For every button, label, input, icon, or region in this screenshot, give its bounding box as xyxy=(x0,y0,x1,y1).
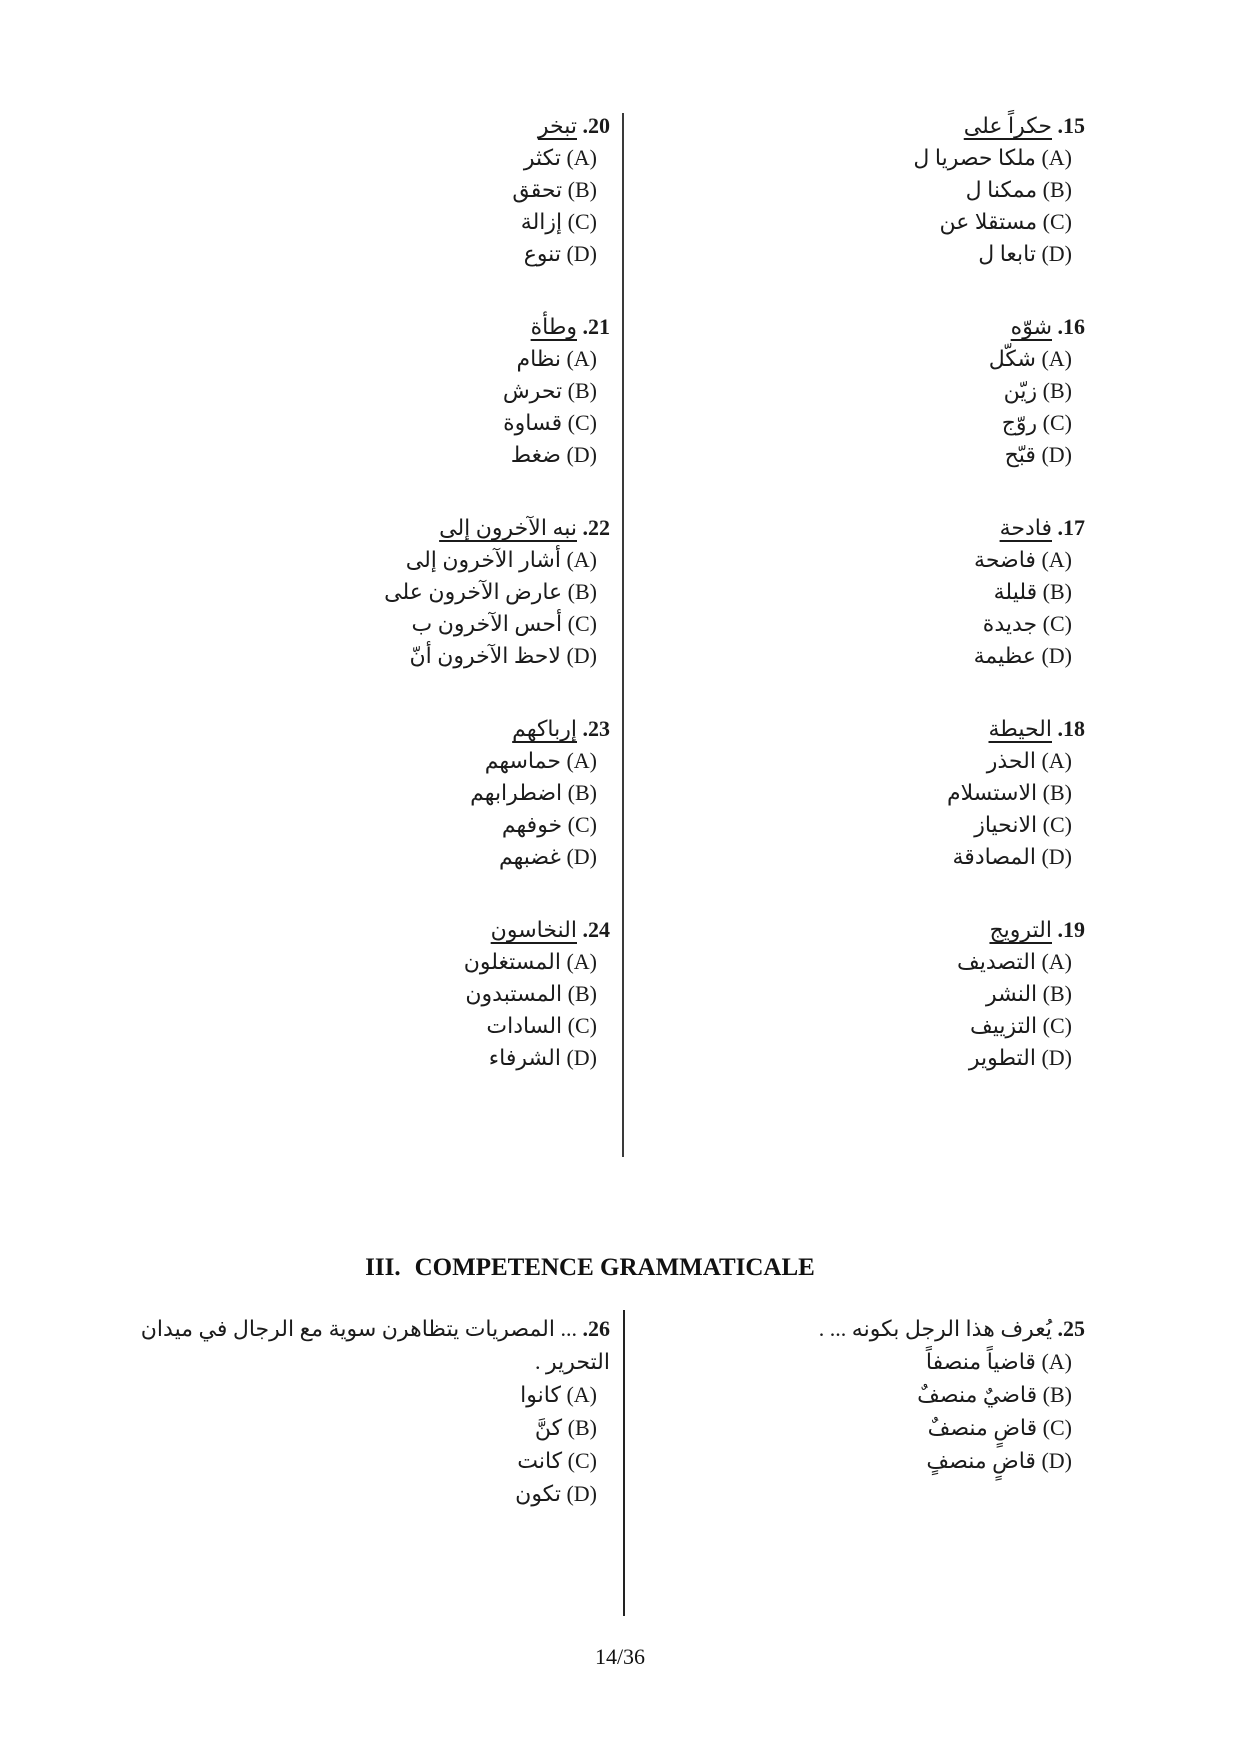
option-text: شكّل xyxy=(989,346,1036,371)
option-row-d: (D) تكون xyxy=(75,1477,610,1510)
question-25: 25. يُعرف هذا الرجل بكونه ... . (A) قاضي… xyxy=(640,1312,1085,1477)
option-row-a: (A) كانوا xyxy=(75,1378,610,1411)
question-21: 21. وطأة (A) نظام (B) تحرش (C) قساوة (D)… xyxy=(75,311,610,471)
option-text: المصادقة xyxy=(953,844,1036,869)
option-row-a: (A) شكّل xyxy=(640,343,1085,375)
option-label: (D) xyxy=(566,1045,597,1070)
option-text: إزالة xyxy=(521,209,562,234)
option-label: (A) xyxy=(1041,949,1072,974)
option-text: ملكا حصريا ل xyxy=(913,145,1036,170)
question-number: 17. xyxy=(1058,515,1086,540)
option-text: أحس الآخرون ب xyxy=(412,611,563,636)
question-18: 18. الحيطة (A) الحذر (B) الاستسلام (C) ا… xyxy=(640,713,1085,873)
option-label: (D) xyxy=(1041,241,1072,266)
option-row-b: (B) المستبدون xyxy=(75,978,610,1010)
option-row-d: (D) المصادقة xyxy=(640,841,1085,873)
option-label: (B) xyxy=(568,981,597,1006)
question-sentence: يُعرف هذا الرجل بكونه ... . xyxy=(819,1316,1052,1341)
option-label: (D) xyxy=(1041,643,1072,668)
option-label: (A) xyxy=(1041,748,1072,773)
option-label: (C) xyxy=(568,1448,597,1473)
option-label: (A) xyxy=(1041,1349,1072,1374)
option-text: عظيمة xyxy=(974,643,1036,668)
option-label: (A) xyxy=(1041,346,1072,371)
option-text: خوفهم xyxy=(502,812,562,837)
section-title: COMPETENCE GRAMMATICALE xyxy=(415,1254,815,1281)
option-text: قليلة xyxy=(994,579,1038,604)
option-row-d: (D) قاضٍ منصفٍ xyxy=(640,1444,1085,1477)
option-text: السادات xyxy=(486,1013,562,1038)
option-text: المستغلون xyxy=(464,949,561,974)
question-24: 24. النخاسون (A) المستغلون (B) المستبدون… xyxy=(75,914,610,1074)
option-label: (C) xyxy=(568,209,597,234)
option-label: (C) xyxy=(568,1013,597,1038)
option-text: جديدة xyxy=(983,611,1037,636)
question-15: 15. حكراً على (A) ملكا حصريا ل (B) ممكنا… xyxy=(640,110,1085,270)
option-text: كنَّ xyxy=(535,1415,562,1440)
option-text: حماسهم xyxy=(485,748,561,773)
option-text: التصديف xyxy=(957,949,1036,974)
option-text: تكون xyxy=(515,1481,561,1506)
option-row-d: (D) عظيمة xyxy=(640,640,1085,672)
question-word: النخاسون xyxy=(491,917,577,942)
option-row-b: (B) كنَّ xyxy=(75,1411,610,1444)
question-number: 25. xyxy=(1058,1316,1086,1341)
option-row-b: (B) تحقق xyxy=(75,174,610,206)
option-row-c: (C) خوفهم xyxy=(75,809,610,841)
option-label: (A) xyxy=(566,949,597,974)
option-label: (B) xyxy=(1043,579,1072,604)
option-label: (D) xyxy=(1041,1448,1072,1473)
option-text: قاضٍ منصفٌ xyxy=(928,1415,1038,1440)
option-text: زيّن xyxy=(1004,378,1038,403)
question-sentence: ... المصريات يتظاهرن سوية مع الرجال في م… xyxy=(141,1316,610,1374)
option-text: تابعا ل xyxy=(978,241,1036,266)
option-text: أشار الآخرون إلى xyxy=(406,547,561,572)
option-label: (D) xyxy=(1041,442,1072,467)
option-label: (A) xyxy=(566,748,597,773)
option-row-c: (C) مستقلا عن xyxy=(640,206,1085,238)
question-number: 23. xyxy=(583,716,611,741)
question-title-line: 23. إرباكهم xyxy=(75,713,610,745)
option-row-d: (D) تابعا ل xyxy=(640,238,1085,270)
option-label: (C) xyxy=(568,611,597,636)
option-label: (D) xyxy=(1041,844,1072,869)
option-label: (A) xyxy=(1041,145,1072,170)
option-label: (B) xyxy=(568,579,597,604)
question-number: 22. xyxy=(583,515,611,540)
option-row-c: (C) أحس الآخرون ب xyxy=(75,608,610,640)
option-row-a: (A) فاضحة xyxy=(640,544,1085,576)
option-row-a: (A) ملكا حصريا ل xyxy=(640,142,1085,174)
question-word: الترويج xyxy=(989,917,1052,942)
option-row-d: (D) قبّح xyxy=(640,439,1085,471)
option-text: قساوة xyxy=(503,410,562,435)
option-row-a: (A) تكثر xyxy=(75,142,610,174)
question-word: حكراً على xyxy=(964,113,1052,138)
option-text: النشر xyxy=(986,981,1037,1006)
question-26: 26. ... المصريات يتظاهرن سوية مع الرجال … xyxy=(75,1312,610,1510)
question-22: 22. نبه الآخرون إلى (A) أشار الآخرون إلى… xyxy=(75,512,610,672)
option-label: (B) xyxy=(1043,981,1072,1006)
option-text: التزييف xyxy=(970,1013,1037,1038)
question-number: 18. xyxy=(1058,716,1086,741)
option-row-c: (C) السادات xyxy=(75,1010,610,1042)
option-label: (C) xyxy=(1043,1013,1072,1038)
column-divider-top xyxy=(622,113,624,1157)
option-row-d: (D) تنوع xyxy=(75,238,610,270)
option-label: (B) xyxy=(1043,177,1072,202)
option-row-b: (B) قليلة xyxy=(640,576,1085,608)
question-word: شوّه xyxy=(1011,314,1052,339)
option-label: (D) xyxy=(566,241,597,266)
option-label: (C) xyxy=(1043,1415,1072,1440)
question-17: 17. فادحة (A) فاضحة (B) قليلة (C) جديدة … xyxy=(640,512,1085,672)
option-label: (C) xyxy=(1043,812,1072,837)
vocab-left-column: 20. تبخر (A) تكثر (B) تحقق (C) إزالة (D)… xyxy=(75,110,610,1074)
option-label: (B) xyxy=(568,378,597,403)
option-row-c: (C) قاضٍ منصفٌ xyxy=(640,1411,1085,1444)
option-row-d: (D) غضبهم xyxy=(75,841,610,873)
section-numeral: III. xyxy=(365,1254,400,1281)
option-row-a: (A) المستغلون xyxy=(75,946,610,978)
option-row-b: (B) اضطرابهم xyxy=(75,777,610,809)
option-label: (D) xyxy=(566,844,597,869)
question-number: 15. xyxy=(1058,113,1086,138)
option-text: الشرفاء xyxy=(489,1045,561,1070)
option-label: (C) xyxy=(568,812,597,837)
question-title-line: 15. حكراً على xyxy=(640,110,1085,142)
option-row-c: (C) روّج xyxy=(640,407,1085,439)
question-title-line: 21. وطأة xyxy=(75,311,610,343)
option-label: (B) xyxy=(1043,1382,1072,1407)
option-row-c: (C) كانت xyxy=(75,1444,610,1477)
column-divider-bottom xyxy=(623,1310,625,1616)
option-row-a: (A) حماسهم xyxy=(75,745,610,777)
option-text: نظام xyxy=(516,346,561,371)
option-label: (D) xyxy=(1041,1045,1072,1070)
question-title-line: 18. الحيطة xyxy=(640,713,1085,745)
question-word: نبه الآخرون إلى xyxy=(439,515,577,540)
option-row-a: (A) التصديف xyxy=(640,946,1085,978)
question-23: 23. إرباكهم (A) حماسهم (B) اضطرابهم (C) … xyxy=(75,713,610,873)
option-text: روّج xyxy=(1002,410,1037,435)
question-title-line: 24. النخاسون xyxy=(75,914,610,946)
option-row-b: (B) النشر xyxy=(640,978,1085,1010)
option-label: (A) xyxy=(566,145,597,170)
grammar-left-column: 26. ... المصريات يتظاهرن سوية مع الرجال … xyxy=(75,1312,610,1510)
section-heading: III.COMPETENCE GRAMMATICALE xyxy=(0,1252,1210,1284)
question-number: 26. xyxy=(583,1316,611,1341)
option-label: (B) xyxy=(568,177,597,202)
question-19: 19. الترويج (A) التصديف (B) النشر (C) ال… xyxy=(640,914,1085,1074)
option-text: الانحياز xyxy=(974,812,1037,837)
option-row-d: (D) ضغط xyxy=(75,439,610,471)
option-row-a: (A) الحذر xyxy=(640,745,1085,777)
option-label: (C) xyxy=(1043,410,1072,435)
option-row-c: (C) الانحياز xyxy=(640,809,1085,841)
question-title-line: 17. فادحة xyxy=(640,512,1085,544)
option-text: الحذر xyxy=(987,748,1036,773)
grammar-right-column: 25. يُعرف هذا الرجل بكونه ... . (A) قاضي… xyxy=(640,1312,1085,1477)
option-row-b: (B) الاستسلام xyxy=(640,777,1085,809)
question-word: إرباكهم xyxy=(512,716,577,741)
question-number: 21. xyxy=(583,314,611,339)
option-row-b: (B) ممكنا ل xyxy=(640,174,1085,206)
option-row-b: (B) قاضيٌ منصفٌ xyxy=(640,1378,1085,1411)
option-text: قاضياً منصفاً xyxy=(926,1349,1036,1374)
option-row-d: (D) التطوير xyxy=(640,1042,1085,1074)
option-text: قاضٍ منصفٍ xyxy=(926,1448,1036,1473)
option-label: (B) xyxy=(568,780,597,805)
question-number: 20. xyxy=(583,113,611,138)
option-text: تكثر xyxy=(524,145,561,170)
option-text: فاضحة xyxy=(974,547,1036,572)
question-word: فادحة xyxy=(1000,515,1052,540)
option-label: (D) xyxy=(566,1481,597,1506)
option-row-d: (D) الشرفاء xyxy=(75,1042,610,1074)
option-row-b: (B) زيّن xyxy=(640,375,1085,407)
option-text: الاستسلام xyxy=(947,780,1037,805)
option-text: تحقق xyxy=(512,177,562,202)
question-16: 16. شوّه (A) شكّل (B) زيّن (C) روّج (D) … xyxy=(640,311,1085,471)
option-text: ممكنا ل xyxy=(966,177,1037,202)
question-title-line: 25. يُعرف هذا الرجل بكونه ... . xyxy=(640,1312,1085,1345)
option-label: (C) xyxy=(1043,209,1072,234)
option-row-c: (C) إزالة xyxy=(75,206,610,238)
option-text: اضطرابهم xyxy=(470,780,562,805)
option-text: غضبهم xyxy=(499,844,561,869)
option-label: (D) xyxy=(566,643,597,668)
question-title-line: 20. تبخر xyxy=(75,110,610,142)
option-text: التطوير xyxy=(969,1045,1036,1070)
option-row-b: (B) عارض الآخرون على xyxy=(75,576,610,608)
option-text: تحرش xyxy=(503,378,562,403)
option-label: (B) xyxy=(1043,780,1072,805)
question-word: وطأة xyxy=(531,314,577,339)
option-row-a: (A) أشار الآخرون إلى xyxy=(75,544,610,576)
option-row-a: (A) نظام xyxy=(75,343,610,375)
question-title-line: 22. نبه الآخرون إلى xyxy=(75,512,610,544)
option-text: مستقلا عن xyxy=(939,209,1037,234)
question-number: 19. xyxy=(1058,917,1086,942)
option-label: (C) xyxy=(568,410,597,435)
option-text: المستبدون xyxy=(465,981,562,1006)
option-text: كانوا xyxy=(520,1382,561,1407)
option-row-d: (D) لاحظ الآخرون أنّ xyxy=(75,640,610,672)
question-word: تبخر xyxy=(538,113,577,138)
option-text: قبّح xyxy=(1005,442,1036,467)
question-word: الحيطة xyxy=(989,716,1053,741)
page-number: 14/36 xyxy=(0,1641,1240,1673)
exam-page: 15. حكراً على (A) ملكا حصريا ل (B) ممكنا… xyxy=(0,0,1240,1754)
option-label: (A) xyxy=(566,547,597,572)
option-label: (A) xyxy=(566,346,597,371)
option-text: ضغط xyxy=(511,442,561,467)
option-label: (C) xyxy=(1043,611,1072,636)
option-text: تنوع xyxy=(524,241,561,266)
option-row-a: (A) قاضياً منصفاً xyxy=(640,1345,1085,1378)
option-row-c: (C) التزييف xyxy=(640,1010,1085,1042)
question-title-line: 16. شوّه xyxy=(640,311,1085,343)
option-text: كانت xyxy=(517,1448,562,1473)
option-text: قاضيٌ منصفٌ xyxy=(917,1382,1037,1407)
option-row-c: (C) جديدة xyxy=(640,608,1085,640)
question-20: 20. تبخر (A) تكثر (B) تحقق (C) إزالة (D)… xyxy=(75,110,610,270)
option-row-c: (C) قساوة xyxy=(75,407,610,439)
vocab-right-column: 15. حكراً على (A) ملكا حصريا ل (B) ممكنا… xyxy=(640,110,1085,1074)
question-title-line: 19. الترويج xyxy=(640,914,1085,946)
option-label: (B) xyxy=(1043,378,1072,403)
question-number: 24. xyxy=(583,917,611,942)
option-label: (A) xyxy=(566,1382,597,1407)
option-text: عارض الآخرون على xyxy=(384,579,562,604)
option-label: (A) xyxy=(1041,547,1072,572)
question-title-line: 26. ... المصريات يتظاهرن سوية مع الرجال … xyxy=(75,1312,610,1378)
option-row-b: (B) تحرش xyxy=(75,375,610,407)
option-label: (D) xyxy=(566,442,597,467)
question-number: 16. xyxy=(1058,314,1086,339)
option-text: لاحظ الآخرون أنّ xyxy=(409,643,560,668)
option-label: (B) xyxy=(568,1415,597,1440)
